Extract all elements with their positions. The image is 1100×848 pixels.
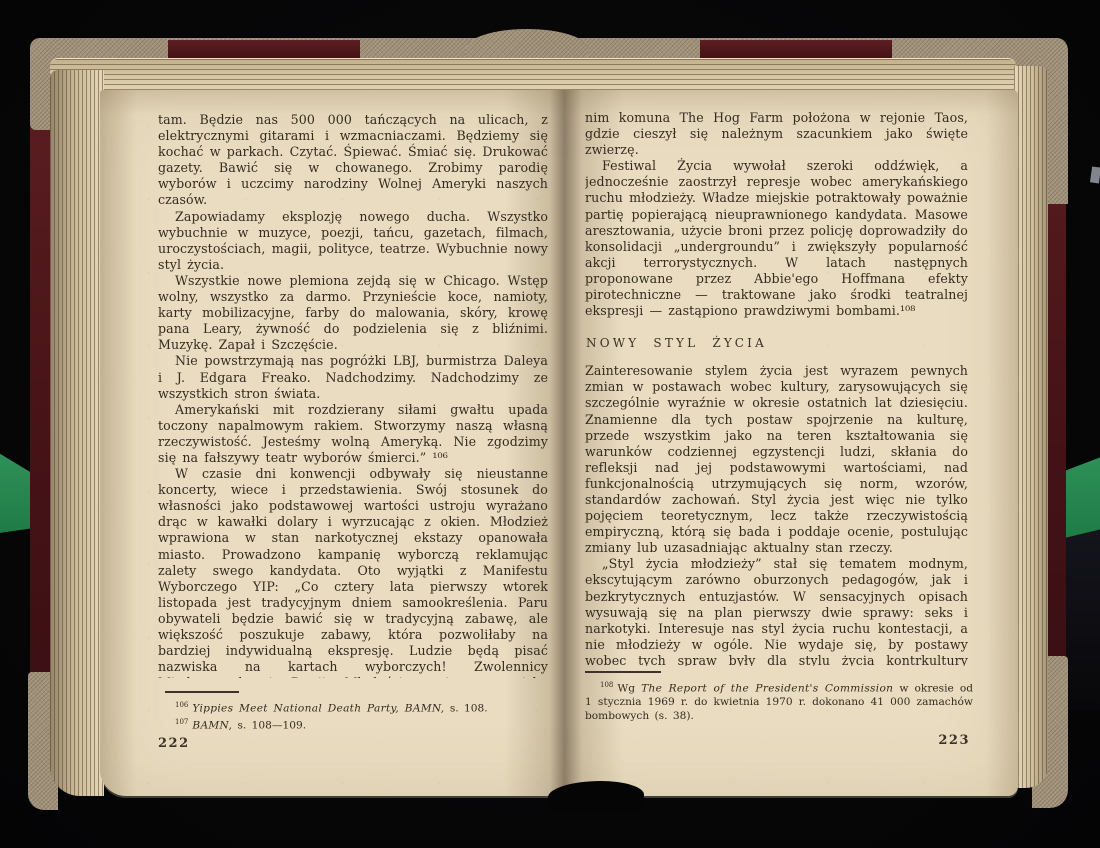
footnote-marker: 108 <box>600 681 613 689</box>
right-page: nim komuna The Hog Farm położona w rejon… <box>585 110 968 666</box>
left-page: tam. Będzie nas 500 000 tańczących na ul… <box>158 112 548 678</box>
footnote-divider <box>585 671 661 673</box>
footnote-title: Yippies Meet National Death Party, BAMN, <box>192 703 444 715</box>
footnote-title: BAMN, <box>192 720 232 732</box>
paragraph: nim komuna The Hog Farm położona w rejon… <box>585 110 968 158</box>
right-page-footnotes: 108Wg The Report of the President's Comm… <box>585 679 973 724</box>
footnote-text: s. 108. <box>444 703 487 715</box>
paragraph: Wszystkie nowe plemiona zejdą się w Chic… <box>158 273 548 353</box>
page-stack-left-edge <box>50 70 104 796</box>
page-number: 223 <box>928 733 970 748</box>
page-number: 222 <box>158 736 190 751</box>
footnote-marker: 106 <box>175 701 188 709</box>
footnote: 107BAMN, s. 108—109. <box>160 716 552 733</box>
book-cover-edge-left <box>30 60 50 710</box>
paragraph: tam. Będzie nas 500 000 tańczących na ul… <box>158 112 548 209</box>
paragraph: Zapowiadamy eksplozję nowego ducha. Wszy… <box>158 209 548 273</box>
paragraph: Nie powstrzymają nas pogróżki LBJ, burmi… <box>158 353 548 401</box>
footnote: 106Yippies Meet National Death Party, BA… <box>160 699 552 716</box>
footnote: 108Wg The Report of the President's Comm… <box>585 679 973 724</box>
footnote-text: Wg <box>617 683 641 695</box>
background-gray-object <box>1090 166 1100 183</box>
paragraph: W czasie dni konwencji odbywały się nieu… <box>158 466 548 678</box>
paragraph: „Styl życia młodzieży” stał się tematem … <box>585 556 968 666</box>
paragraph: Zainteresowanie stylem życia jest wyraze… <box>585 363 968 556</box>
footnote-marker: 107 <box>175 718 188 726</box>
footnote-title: The Report of the President's Commission <box>641 683 893 695</box>
paragraph: Amerykański mit rozdzierany siłami gwałt… <box>158 402 548 466</box>
section-heading: NOWY STYL ŻYCIA <box>586 336 968 350</box>
page-bottom-curve-shadow <box>548 781 644 811</box>
book-photo: tam. Będzie nas 500 000 tańczących na ul… <box>0 0 1100 848</box>
footnote-divider <box>165 691 239 693</box>
left-page-footnotes: 106Yippies Meet National Death Party, BA… <box>160 699 552 734</box>
footnote-text: s. 108—109. <box>232 720 306 732</box>
paragraph: Festiwal Życia wywołał szeroki oddźwięk,… <box>585 158 968 319</box>
page-stack-right-edge <box>1014 66 1048 788</box>
